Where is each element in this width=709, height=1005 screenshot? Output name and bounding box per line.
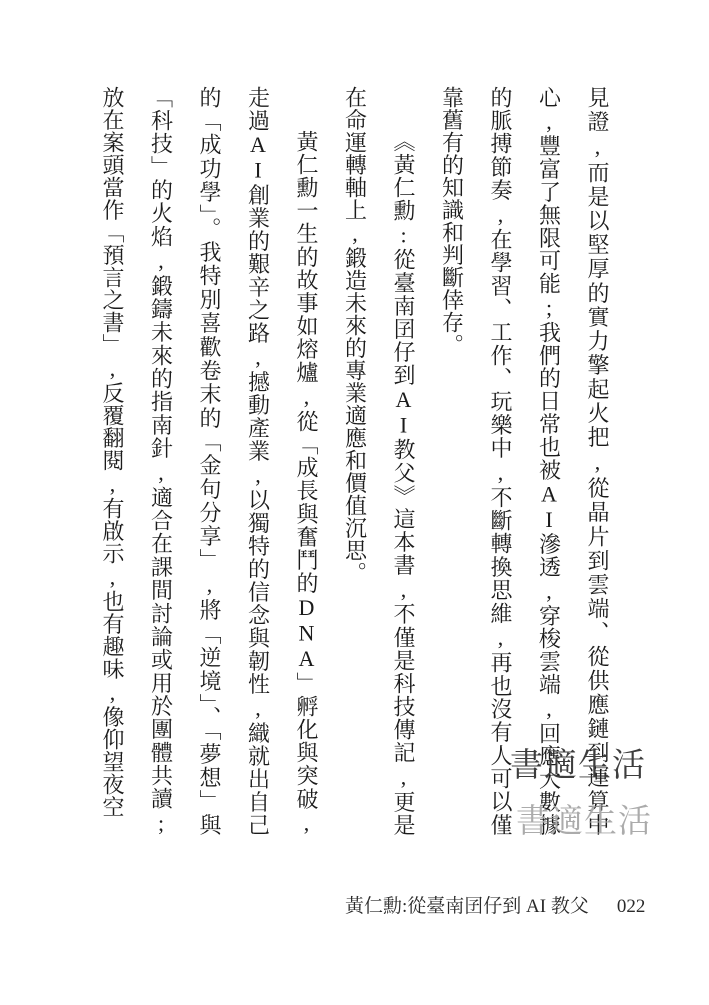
paragraph-3: 黃仁勳一生的故事如熔爐,從「成長與奮鬥的DNA」孵化與突破,走過AI創業的艱辛之… [88,86,331,836]
paragraph-2: 《黃仁勳:從臺南囝仔到AI教父》這本書,不僅是科技傳記,更是在命運轉軸上,鍛造未… [330,86,427,836]
body-text-block: 見證,而是以堅厚的實力擎起火把,從晶片到雲端、從供應鏈到運算中心,豐富了無限可能… [87,86,621,836]
footer-book-title: 黃仁勳:從臺南囝仔到 AI 教父 [345,891,589,918]
page-footer: 黃仁勳:從臺南囝仔到 AI 教父 022 [345,891,645,918]
book-page: 見證,而是以堅厚的實力擎起火把,從晶片到雲端、從供應鏈到運算中心,豐富了無限可能… [0,0,709,1005]
footer-page-number: 022 [617,896,646,918]
paragraph-1: 見證,而是以堅厚的實力擎起火把,從晶片到雲端、從供應鏈到運算中心,豐富了無限可能… [427,86,621,836]
